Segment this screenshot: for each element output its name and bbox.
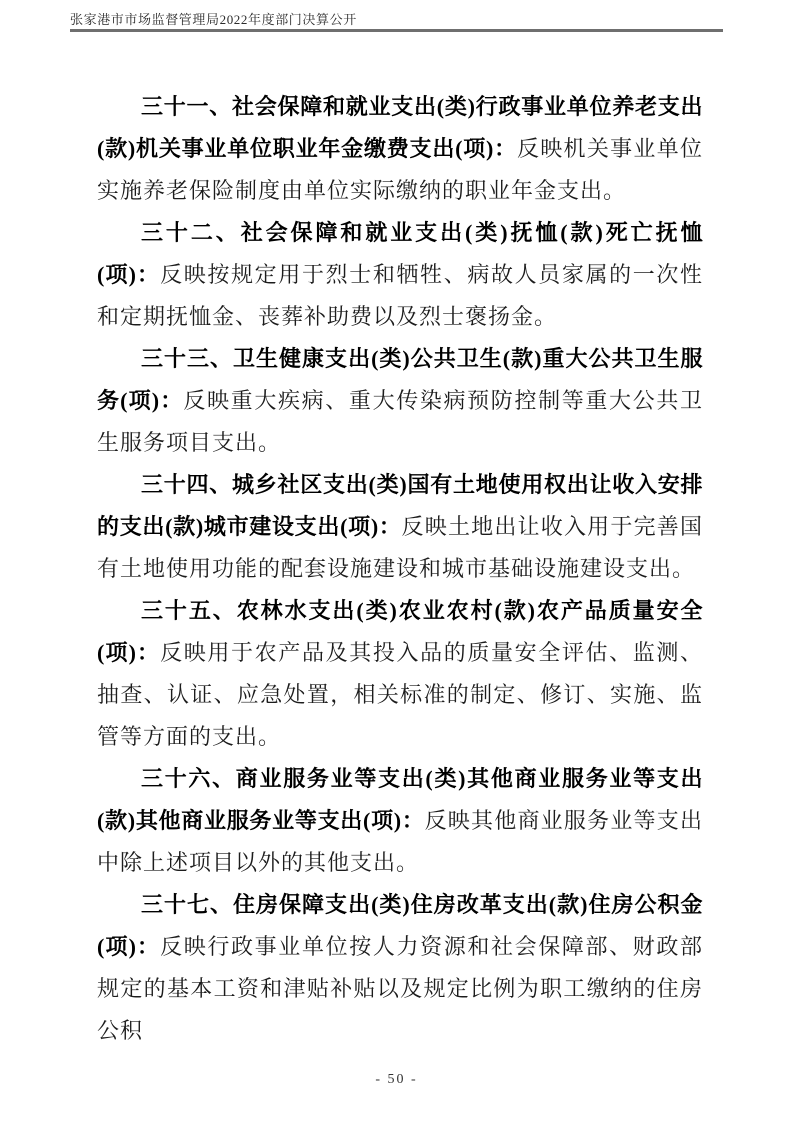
document-body: 三十一、社会保障和就业支出(类)行政事业单位养老支出(款)机关事业单位职业年金缴… — [97, 86, 703, 1052]
paragraph-33: 三十三、卫生健康支出(类)公共卫生(款)重大公共卫生服务(项)：反映重大疾病、重… — [97, 338, 703, 464]
paragraph-37: 三十七、住房保障支出(类)住房改革支出(款)住房公积金(项)：反映行政事业单位按… — [97, 884, 703, 1052]
paragraph-31: 三十一、社会保障和就业支出(类)行政事业单位养老支出(款)机关事业单位职业年金缴… — [97, 86, 703, 212]
paragraph-35-body: 反映用于农产品及其投入品的质量安全评估、监测、抽查、认证、应急处置，相关标准的制… — [97, 640, 703, 749]
paragraph-33-body: 反映重大疾病、重大传染病预防控制等重大公共卫生服务项目支出。 — [97, 388, 703, 455]
paragraph-32: 三十二、社会保障和就业支出(类)抚恤(款)死亡抚恤(项)：反映按规定用于烈士和牺… — [97, 212, 703, 338]
header-divider — [70, 29, 723, 32]
paragraph-32-body: 反映按规定用于烈士和牺牲、病故人员家属的一次性和定期抚恤金、丧葬补助费以及烈士褒… — [97, 262, 703, 329]
paragraph-37-body: 反映行政事业单位按人力资源和社会保障部、财政部规定的基本工资和津贴补贴以及规定比… — [97, 934, 703, 1043]
paragraph-34: 三十四、城乡社区支出(类)国有土地使用权出让收入安排的支出(款)城市建设支出(项… — [97, 464, 703, 590]
document-page: 张家港市市场监督管理局2022年度部门决算公开 三十一、社会保障和就业支出(类)… — [0, 0, 793, 1122]
paragraph-35: 三十五、农林水支出(类)农业农村(款)农产品质量安全(项)：反映用于农产品及其投… — [97, 590, 703, 758]
page-number: - 50 - — [0, 1072, 793, 1088]
paragraph-36: 三十六、商业服务业等支出(类)其他商业服务业等支出(款)其他商业服务业等支出(项… — [97, 758, 703, 884]
